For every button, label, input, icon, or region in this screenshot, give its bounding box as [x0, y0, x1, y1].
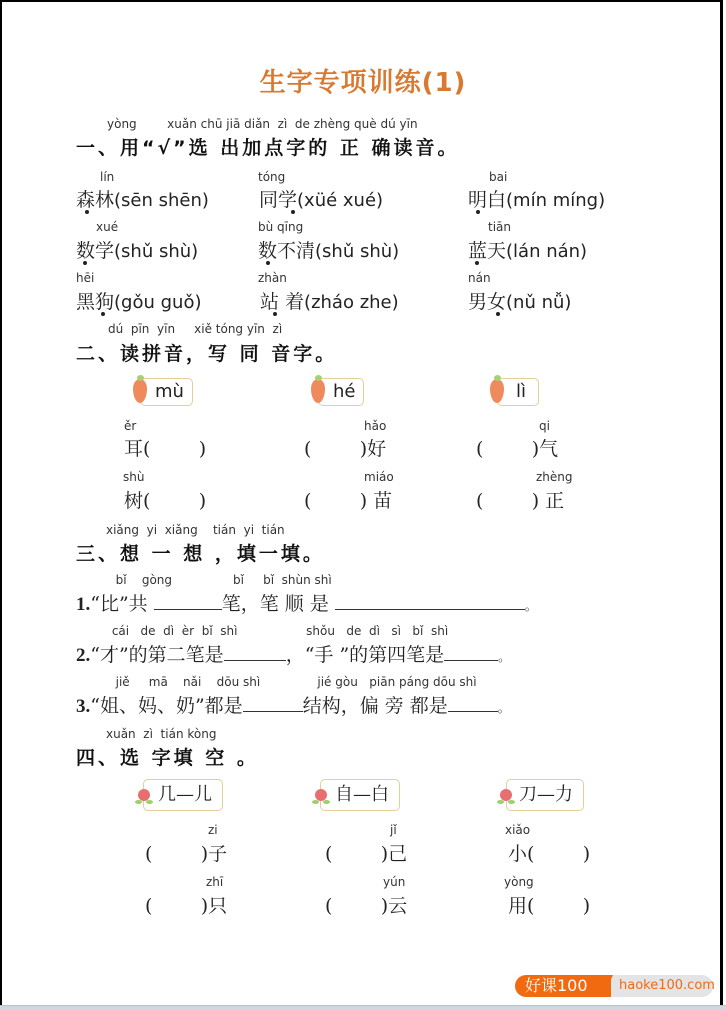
- item-pinyin: xué: [96, 220, 118, 234]
- blank-pinyin: zi: [208, 823, 218, 837]
- question-2: 2.“才”的第二笔是，“手 ”的第四笔是。: [76, 640, 510, 667]
- carrot-leaf-icon: [137, 375, 144, 381]
- answer-blank[interactable]: [335, 593, 525, 610]
- bottom-scrollbar-strip: [0, 1005, 726, 1010]
- item-pinyin: bù qīng: [258, 220, 303, 234]
- fill-blank-item[interactable]: 小( ): [508, 839, 590, 866]
- character-pair-tag: 自—白: [320, 779, 400, 811]
- watermark-url: haoke100.com: [605, 975, 713, 997]
- watermark-slant-shape: [603, 975, 613, 997]
- item-pinyin: tiān: [488, 220, 511, 234]
- emphasis-dot-icon: [476, 210, 480, 214]
- pinyin-tag: hé: [318, 378, 364, 406]
- fill-blank-item[interactable]: ( ) 正: [476, 486, 564, 513]
- answer-blank[interactable]: [243, 695, 303, 712]
- question-pinyin: jiě mā nǎi dōu shì jié gòu piān páng dōu…: [108, 675, 477, 689]
- fill-blank-item[interactable]: ( )只: [145, 891, 227, 918]
- item-pinyin: lín: [100, 170, 114, 184]
- answer-blank[interactable]: [154, 593, 222, 610]
- page-border-top: [0, 0, 723, 2]
- section4-heading: 四、选 字填 空 。: [76, 743, 259, 770]
- carrot-leaf-icon: [315, 375, 322, 381]
- item-pinyin: hēi: [76, 271, 94, 285]
- watermark-badge: haoke100.com 好课100: [515, 975, 713, 997]
- flower-leaf-icon: [497, 800, 504, 804]
- blank-pinyin: miáo: [364, 470, 394, 484]
- emphasis-dot-icon: [85, 210, 89, 214]
- question-item: 明白(mín míng): [468, 185, 605, 212]
- question-pinyin: bǐ gòng bǐ bǐ shùn shì: [108, 573, 332, 587]
- emphasis-dot-icon: [101, 312, 105, 316]
- emphasis-dot-icon: [266, 261, 270, 265]
- question-item: 森林(sēn shēn): [76, 185, 209, 212]
- question-item: 站 着(zháo zhe): [260, 287, 399, 314]
- fill-blank-item[interactable]: 用( ): [508, 891, 590, 918]
- flower-leaf-icon: [312, 800, 319, 804]
- fill-blank-item[interactable]: ( )气: [476, 434, 558, 461]
- blank-pinyin: qi: [539, 419, 550, 433]
- question-item: 同学(xüé xué): [259, 185, 383, 212]
- emphasis-dot-icon: [273, 312, 277, 316]
- flower-leaf-icon: [323, 800, 330, 804]
- page-title: 生字专项训练(1): [0, 62, 726, 99]
- section2-heading-pinyin: dú pīn yīn xiě tóng yīn zì: [108, 322, 282, 336]
- blank-pinyin: hǎo: [364, 419, 386, 433]
- blank-pinyin: zhèng: [536, 470, 573, 484]
- page-border-left: [0, 0, 2, 1006]
- fill-blank-item[interactable]: ( )好: [304, 434, 386, 461]
- blank-pinyin: yún: [383, 875, 405, 889]
- watermark-brand: 好课100: [515, 975, 611, 997]
- fill-blank-item[interactable]: ( )己: [325, 839, 407, 866]
- question-item: 数不清(shǔ shù): [258, 236, 399, 263]
- answer-blank[interactable]: [224, 644, 286, 661]
- section1-heading: 一、用“√”选 出加点字的 正 确读音。: [76, 133, 460, 160]
- section3-heading-pinyin: xiǎng yi xiǎng tián yi tián: [106, 523, 285, 537]
- item-pinyin: nán: [468, 271, 491, 285]
- flower-leaf-icon: [146, 800, 153, 804]
- fill-blank-item[interactable]: 树( ): [124, 486, 206, 513]
- blank-pinyin: jǐ: [390, 823, 397, 837]
- answer-blank[interactable]: [448, 695, 498, 712]
- blank-pinyin: zhī: [206, 875, 223, 889]
- blank-pinyin: xiǎo: [505, 823, 530, 837]
- fill-blank-item[interactable]: ( )子: [145, 839, 227, 866]
- flower-leaf-icon: [508, 800, 515, 804]
- section1-heading-pinyin: yòng xuǎn chū jiā diǎn zì de zhèng què d…: [107, 117, 418, 131]
- emphasis-dot-icon: [83, 261, 87, 265]
- pinyin-tag: mù: [140, 378, 193, 406]
- question-pinyin: cái de dì èr bǐ shì shǒu de dì sì bǐ shì: [108, 624, 448, 638]
- question-item: 黑狗(gǒu guǒ): [76, 287, 201, 314]
- item-pinyin: tóng: [258, 170, 285, 184]
- carrot-leaf-icon: [494, 375, 501, 381]
- question-item: 男女(nǔ nǚ): [468, 287, 571, 314]
- question-item: 蓝天(lán nán): [468, 236, 587, 263]
- item-pinyin: bai: [489, 170, 507, 184]
- question-3: 3.“姐、妈、奶”都是结构，偏 旁 都是。: [76, 691, 510, 718]
- question-item: 数学(shǔ shù): [76, 236, 198, 263]
- emphasis-dot-icon: [496, 312, 500, 316]
- item-pinyin: zhàn: [258, 271, 287, 285]
- fill-blank-item[interactable]: ( )云: [325, 891, 407, 918]
- blank-pinyin: shù: [123, 470, 144, 484]
- emphasis-dot-icon: [291, 210, 295, 214]
- emphasis-dot-icon: [475, 261, 479, 265]
- flower-leaf-icon: [135, 800, 142, 804]
- blank-pinyin: yòng: [504, 875, 534, 889]
- blank-pinyin: ěr: [124, 419, 136, 433]
- answer-blank[interactable]: [444, 644, 498, 661]
- fill-blank-item[interactable]: 耳( ): [124, 434, 206, 461]
- section3-heading: 三、想 一 想 ，填一填。: [76, 539, 325, 566]
- character-pair-tag: 几—儿: [143, 779, 223, 811]
- section2-heading: 二、读拼音，写 同 音字。: [76, 339, 337, 366]
- section4-heading-pinyin: xuǎn zì tián kòng: [106, 727, 216, 741]
- fill-blank-item[interactable]: ( ) 苗: [304, 486, 392, 513]
- question-1: 1.“比”共 笔，笔 顺 是 。: [76, 589, 537, 616]
- character-pair-tag: 刀—力: [506, 779, 584, 811]
